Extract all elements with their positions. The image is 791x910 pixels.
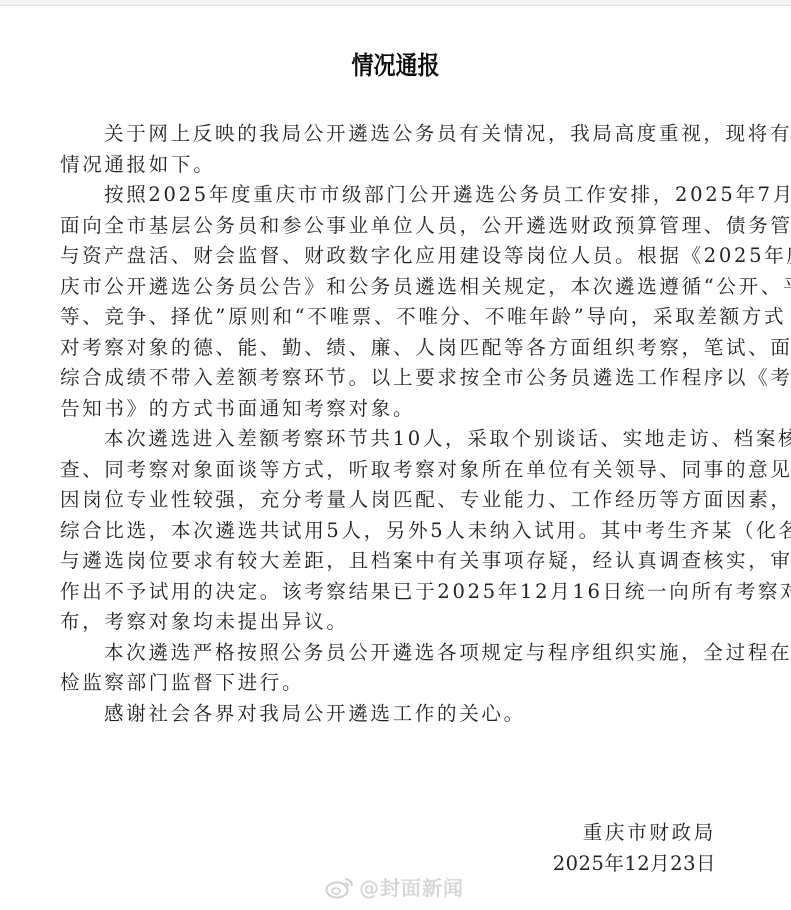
paragraph-3-line-6: 作出不予试用的决定。该考察结果已于2025年12月16日统一向所有考察对象公 [60,577,740,608]
paragraph-2-line-3: 与资产盘活、财会监督、财政数字化应用建设等岗位人员。根据《2025年度重 [60,241,740,272]
signature-organization: 重庆市财政局 [583,817,716,845]
paragraph-3-line-2: 查、同考察对象面谈等方式，听取考察对象所在单位有关领导、同事的意见。 [60,455,740,486]
paragraph-2-line-7: 综合成绩不带入差额考察环节。以上要求按全市公务员遴选工作程序以《考察 [60,363,740,394]
paragraph-4-line-1: 本次遴选严格按照公务员公开遴选各项规定与程序组织实施，全过程在纪 [60,638,740,669]
paragraph-2-line-2: 面向全市基层公务员和参公事业单位人员，公开遴选财政预算管理、债务管理 [60,211,740,242]
document-body: 关于网上反映的我局公开遴选公务员有关情况，我局高度重视，现将有关 情况通报如下。… [60,119,740,729]
document-title: 情况通报 [47,46,743,82]
paragraph-2-line-4: 庆市公开遴选公务员公告》和公务员遴选相关规定，本次遴选遵循“公开、平 [60,272,740,303]
paragraph-1-line-1: 关于网上反映的我局公开遴选公务员有关情况，我局高度重视，现将有关 [60,119,740,150]
paragraph-2-line-8: 告知书》的方式书面通知考察对象。 [60,394,740,425]
watermark-text: @封面新闻 [359,872,464,901]
paragraph-3-line-1: 本次遴选进入差额考察环节共10人，采取个别谈话、实地走访、档案核 [60,424,740,455]
paragraph-3-line-7: 布，考察对象均未提出异议。 [60,607,740,638]
paragraph-2-line-1: 按照2025年度重庆市市级部门公开遴选公务员工作安排，2025年7月，我局 [60,180,740,211]
paragraph-2-line-5: 等、竞争、择优”原则和“不唯票、不唯分、不唯年龄”导向，采取差额方式 [60,302,740,333]
top-edge-bar [0,0,791,6]
signature-date: 2025年12月23日 [553,848,716,876]
weibo-icon [325,875,355,899]
source-watermark: @封面新闻 [325,872,464,901]
paragraph-2-line-6: 对考察对象的德、能、勤、绩、廉、人岗匹配等各方面组织考察，笔试、面试 [60,333,740,364]
paragraph-5-line-1: 感谢社会各界对我局公开遴选工作的关心。 [60,699,740,730]
paragraph-1-line-2: 情况通报如下。 [60,150,740,181]
paragraph-3-line-5: 与遴选岗位要求有较大差距，且档案中有关事项存疑，经认真调查核实，审慎 [60,546,740,577]
paragraph-4-line-2: 检监察部门监督下进行。 [60,668,740,699]
paragraph-3-line-4: 综合比选，本次遴选共试用5人，另外5人未纳入试用。其中考生齐某（化名） [60,516,740,547]
paragraph-3-line-3: 因岗位专业性较强，充分考量人岗匹配、专业能力、工作经历等方面因素，经 [60,485,740,516]
